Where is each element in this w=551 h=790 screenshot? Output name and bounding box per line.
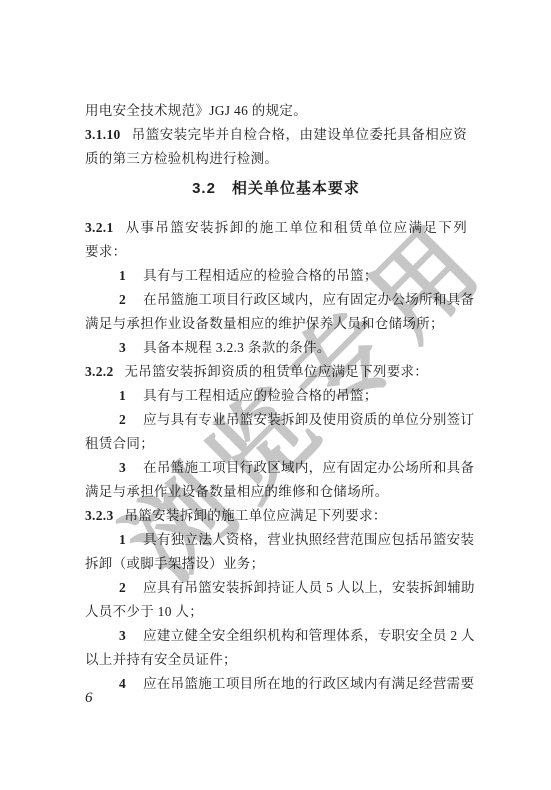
line-text: 在吊篮施工项目行政区域内，应有固定办公场所和具备 bbox=[143, 292, 474, 307]
clause-number: 3.2.2 bbox=[85, 364, 114, 379]
text-line: 3具备本规程 3.2.3 条款的条件。 bbox=[85, 336, 467, 360]
text-line: 要求： bbox=[85, 240, 467, 264]
line-text: 人员不少于 10 人； bbox=[85, 604, 203, 619]
clause-number: 3 bbox=[119, 460, 126, 475]
clause-number: 1 bbox=[119, 532, 126, 547]
line-text: 以上并持有安全员证件； bbox=[85, 652, 237, 667]
line-text: 应在吊篮施工项目所在地的行政区域内有满足经营需要 bbox=[143, 676, 474, 691]
text-line: 以上并持有安全员证件； bbox=[85, 648, 467, 672]
clause-number: 1 bbox=[119, 388, 126, 403]
document-body: 用电安全技术规范》JGJ 46 的规定。3.1.10吊篮安装完毕并自检合格，由建… bbox=[85, 99, 467, 696]
line-text: 具有独立法人资格，营业执照经营范围应包括吊篮安装 bbox=[143, 532, 474, 547]
line-text: 应具有吊篮安装拆卸持证人员 5 人以上，安装拆卸辅助 bbox=[143, 580, 475, 595]
line-text: 具有与工程相适应的检验合格的吊篮； bbox=[143, 388, 378, 403]
clause-number: 3 bbox=[119, 340, 126, 355]
text-line: 2应与具有专业吊篮安装拆卸及使用资质的单位分别签订 bbox=[85, 408, 467, 432]
text-line: 3在吊篮施工项目行政区域内，应有固定办公场所和具备 bbox=[85, 456, 467, 480]
text-line: 3.2.1从事吊篮安装拆卸的施工单位和租赁单位应满足下列 bbox=[85, 216, 467, 240]
clause-number: 2 bbox=[119, 292, 126, 307]
clause-number: 3 bbox=[119, 628, 126, 643]
clause-number: 4 bbox=[119, 676, 126, 691]
text-line: 4应在吊篮施工项目所在地的行政区域内有满足经营需要 bbox=[85, 672, 467, 696]
clause-number: 2 bbox=[119, 580, 126, 595]
clause-number: 1 bbox=[119, 268, 126, 283]
line-text: 应建立健全安全组织机构和管理体系，专职安全员 2 人 bbox=[143, 628, 475, 643]
clause-number: 3.2.3 bbox=[85, 508, 114, 523]
line-text: 应与具有专业吊篮安装拆卸及使用资质的单位分别签订 bbox=[143, 412, 474, 427]
line-text: 拆卸（或脚手架搭设）业务； bbox=[85, 556, 264, 571]
clause-number: 2 bbox=[119, 412, 126, 427]
text-line: 2应具有吊篮安装拆卸持证人员 5 人以上，安装拆卸辅助 bbox=[85, 576, 467, 600]
line-text: 满足与承担作业设备数量相应的维修和仓储场所。 bbox=[85, 484, 389, 499]
line-text: 3.2 相关单位基本要求 bbox=[192, 180, 360, 197]
text-line: 3.2.3吊篮安装拆卸的施工单位应满足下列要求： bbox=[85, 504, 467, 528]
line-text: 吊篮安装拆卸的施工单位应满足下列要求： bbox=[125, 508, 387, 523]
text-line: 3.1.10吊篮安装完毕并自检合格，由建设单位委托具备相应资 bbox=[85, 123, 467, 147]
text-line: 1具有与工程相适应的检验合格的吊篮； bbox=[85, 264, 467, 288]
text-line: 拆卸（或脚手架搭设）业务； bbox=[85, 552, 467, 576]
text-line: 2在吊篮施工项目行政区域内，应有固定办公场所和具备 bbox=[85, 288, 467, 312]
line-text: 吊篮安装完毕并自检合格，由建设单位委托具备相应资 bbox=[132, 127, 467, 142]
line-text: 质的第三方检验机构进行检测。 bbox=[85, 151, 278, 166]
text-line: 1具有与工程相适应的检验合格的吊篮； bbox=[85, 384, 467, 408]
line-text: 满足与承担作业设备数量相应的维护保养人员和仓储场所； bbox=[85, 316, 444, 331]
line-text: 从事吊篮安装拆卸的施工单位和租赁单位应满足下列 bbox=[125, 220, 468, 235]
text-line: 质的第三方检验机构进行检测。 bbox=[85, 147, 467, 171]
line-text: 要求： bbox=[85, 244, 126, 259]
line-text: 具有与工程相适应的检验合格的吊篮； bbox=[143, 268, 378, 283]
text-line: 满足与承担作业设备数量相应的维修和仓储场所。 bbox=[85, 480, 467, 504]
clause-number: 3.2.1 bbox=[85, 220, 114, 235]
clause-number: 3.1.10 bbox=[85, 127, 121, 142]
text-line: 3.2.2无吊篮安装拆卸资质的租赁单位应满足下列要求： bbox=[85, 360, 467, 384]
text-line: 用电安全技术规范》JGJ 46 的规定。 bbox=[85, 99, 467, 123]
text-line: 3应建立健全安全组织机构和管理体系，专职安全员 2 人 bbox=[85, 624, 467, 648]
line-text: 在吊篮施工项目行政区域内，应有固定办公场所和具备 bbox=[143, 460, 474, 475]
text-line: 满足与承担作业设备数量相应的维护保养人员和仓储场所； bbox=[85, 312, 467, 336]
text-line: 1具有独立法人资格，营业执照经营范围应包括吊篮安装 bbox=[85, 528, 467, 552]
line-text: 用电安全技术规范》JGJ 46 的规定。 bbox=[85, 103, 307, 118]
line-text: 具备本规程 3.2.3 条款的条件。 bbox=[143, 340, 331, 355]
text-line: 租赁合同； bbox=[85, 432, 467, 456]
document-page: 浏览专用 用电安全技术规范》JGJ 46 的规定。3.1.10吊篮安装完毕并自检… bbox=[0, 0, 551, 790]
section-heading: 3.2 相关单位基本要求 bbox=[85, 177, 467, 201]
page-number: 6 bbox=[85, 689, 93, 707]
line-text: 租赁合同； bbox=[85, 436, 154, 451]
text-line: 人员不少于 10 人； bbox=[85, 600, 467, 624]
line-text: 无吊篮安装拆卸资质的租赁单位应满足下列要求： bbox=[125, 364, 429, 379]
